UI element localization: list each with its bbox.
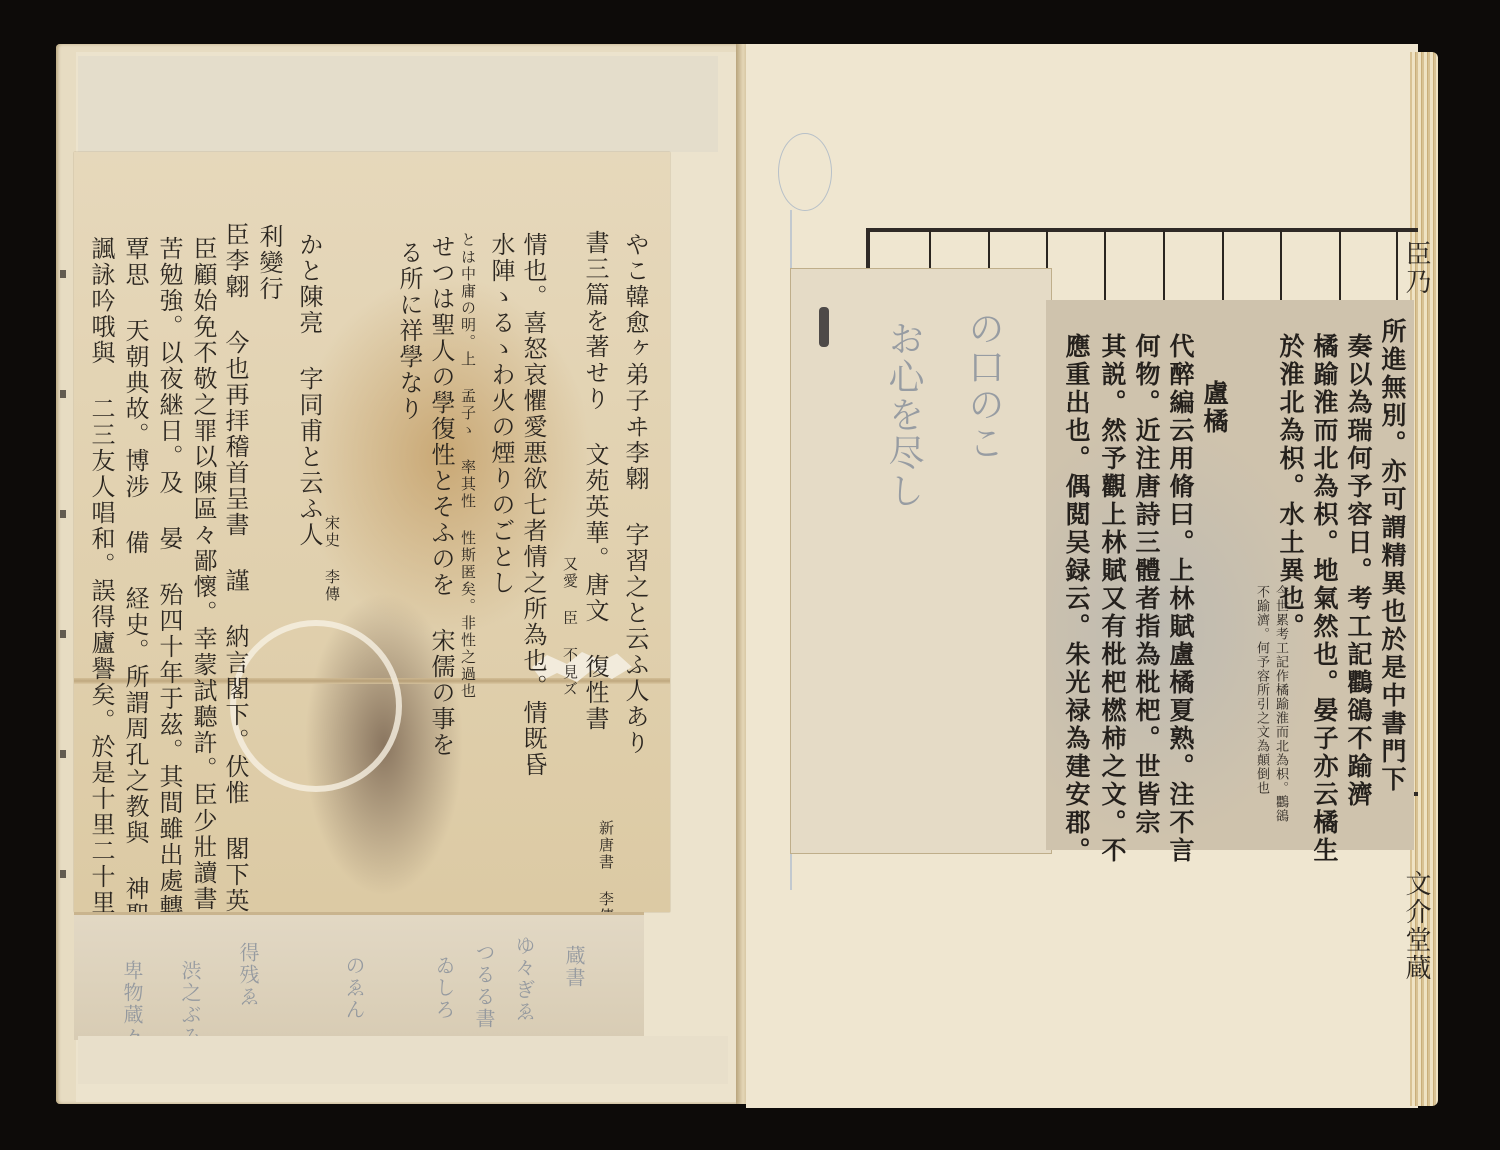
annotation: 又愛 臣 不見ズ xyxy=(560,556,581,698)
manuscript-column: る所に祥學なり xyxy=(392,240,427,422)
manuscript-column: 臣李翺 今也再拝稽首呈書 謹 納言閣下。伏惟 閣下英邁之氣象 xyxy=(218,222,253,1018)
ink-blot xyxy=(819,307,829,347)
faint-column: のゑん xyxy=(340,955,369,1021)
printed-column: 何物。近注唐詩三體者指為枇杷。世皆宗 xyxy=(1128,333,1164,837)
printed-column: 所進無別。亦可謂精異也於是中書門下 xyxy=(1374,318,1410,794)
printed-column: 應重出也。偶閲吴録云。朱光禄為建安郡。 xyxy=(1058,333,1094,865)
manuscript-column: 臣顧始免不敬之罪以陳區々鄙懷。幸蒙試聽許。臣少壯讀書 xyxy=(186,236,221,912)
printed-column: 代醉編云用脩曰。上林賦盧橘夏熟。注不言 xyxy=(1162,333,1198,865)
manuscript-column: とは中庸の明。上 孟子ゝ 率其性 性斯匿矣。非性之過也 xyxy=(458,232,479,700)
printed-note: 今世累考工記作橘踰淮而北為枳。鸜鵒不踰濟。何予容所引之文為顛倒也 xyxy=(1252,585,1290,825)
left-bottom-paper-strip xyxy=(78,1036,728,1084)
manuscript-column: 覃思 天朝典故。博涉 備 経史。所謂周孔之教與 神聖之道 xyxy=(118,236,153,980)
margin-title-top: 臣乃 xyxy=(1398,240,1435,296)
manuscript-column: 利變行 xyxy=(252,224,287,302)
manuscript-column: かと陳亮 字同甫と云ふ人 xyxy=(292,232,327,548)
printed-column: 其説。然予觀上林賦又有枇杷橪柿之文。不 xyxy=(1094,333,1130,865)
left-top-paper-strip xyxy=(78,56,718,152)
margin-title-bottom: 文介堂蔵 xyxy=(1398,870,1435,982)
manuscript-column: 書三篇を著せり 文苑英華。唐文 復性書 xyxy=(578,230,613,732)
manuscript-column: 情也。喜怒哀懼愛悪欲七者情之所為也。情既昏 xyxy=(516,232,551,778)
faint-column: ゐしろ xyxy=(430,955,459,1021)
ghost-column: お心を尽し xyxy=(878,320,929,510)
printed-column: 橘踰淮而北為枳。地氣然也。晏子亦云橘生 xyxy=(1306,333,1342,865)
manuscript-column: せつは聖人の學復性とそふのを 宋儒の事を xyxy=(424,234,459,758)
faint-column: つるる書 xyxy=(470,942,499,1030)
pencil-circle xyxy=(778,133,832,211)
section-heading: 盧橘 xyxy=(1196,380,1232,436)
faint-column: ゆ々ぎゑ xyxy=(510,935,539,1023)
water-stain-ring xyxy=(230,620,402,792)
manuscript-column: やこ韓愈ヶ弟子ヰ李翺 字習之と云ふ人あり xyxy=(618,232,653,756)
printed-column: 奏以為瑞何予容日。考工記鸜鵒不踰濟 xyxy=(1340,333,1376,809)
manuscript-column: 水陣ゝるゝわ火の煙りのごとし xyxy=(484,232,519,596)
annotation: 新唐書 李傳 xyxy=(596,820,617,925)
faint-column: 蔵書 xyxy=(560,945,589,989)
faint-column: 得残ゑ xyxy=(234,942,263,1008)
annotation: 宋史 李傳 xyxy=(322,515,343,603)
left-page-edge-marks xyxy=(60,230,66,910)
faint-column: 渋之ぶみ xyxy=(176,960,205,1048)
ghost-column: の口のこ xyxy=(958,310,1009,462)
manuscript-column: 諷詠吟哦與 二三友人唱和。誤得廬譽矣。於是十里二十里乃至三四 xyxy=(84,236,119,1020)
manuscript-column: 苦勉強。以夜継日。及 晏 殆四十年于茲。其間雖出處轉移 xyxy=(152,236,187,946)
